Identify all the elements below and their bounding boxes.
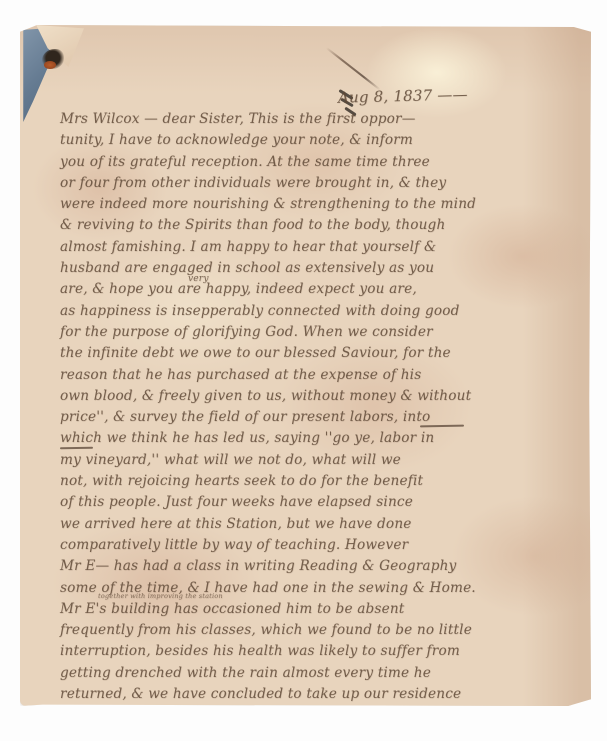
scan-background: Aug 8, 1837 —— Mrs Wilcox — dear Sister,…	[0, 0, 607, 741]
letter-line: frequently from his classes, which we fo…	[60, 620, 588, 641]
letter-line: Mr E's building has occasioned him to be…	[60, 599, 588, 620]
letter-line: own blood, & freely given to us, without…	[60, 386, 588, 407]
letter-line: of this people. Just four weeks have ela…	[60, 492, 588, 513]
letter-line: were indeed more nourishing & strengthen…	[60, 194, 588, 215]
letter-line: returned, & we have concluded to take up…	[60, 684, 588, 705]
crease-mark	[326, 47, 381, 90]
letter-line: & reviving to the Spirits than food to t…	[60, 215, 588, 236]
letter-line: almost famishing. I am happy to hear tha…	[60, 237, 588, 258]
interline-insertion-very: very	[188, 274, 209, 284]
letter-line: or four from other individuals were brou…	[60, 173, 588, 194]
letter-body: Mrs Wilcox — dear Sister, This is the fi…	[60, 109, 588, 705]
letter-line: Mrs Wilcox — dear Sister, This is the fi…	[60, 109, 588, 130]
letter-line: interruption, besides his health was lik…	[60, 641, 588, 662]
letter-line: Mr E— has had a class in writing Reading…	[60, 556, 588, 577]
letter-line: for the purpose of glorifying God. When …	[60, 322, 588, 343]
letter-line: are, & hope you are happy, indeed expect…	[60, 279, 588, 300]
letter-line: husband are engaged in school as extensi…	[60, 258, 588, 279]
letter-line: not, with rejoicing hearts seek to do fo…	[60, 471, 588, 492]
letter-line: which we think he has led us, saying ''g…	[60, 428, 588, 449]
date-line: Aug 8, 1837 ——	[338, 85, 468, 106]
letter-line: the infinite debt we owe to our blessed …	[60, 343, 588, 364]
letter-line: my vineyard,'' what will we not do, what…	[60, 450, 588, 471]
letter-line: you of its grateful reception. At the sa…	[60, 152, 588, 173]
letter-line: as happiness is insepperably connected w…	[60, 301, 588, 322]
letter-line: price'', & survey the field of our prese…	[60, 407, 588, 428]
letter-line: we arrived here at this Station, but we …	[60, 514, 588, 535]
wax-spot	[44, 61, 56, 69]
letter-line: getting drenched with the rain almost ev…	[60, 663, 588, 684]
letter-line: tunity, I have to acknowledge your note,…	[60, 130, 588, 151]
letter-line: comparatively little by way of teaching.…	[60, 535, 588, 556]
interline-insertion-station: together with improving the station	[98, 592, 223, 600]
letter-line: reason that he has purchased at the expe…	[60, 365, 588, 386]
letter-page: Aug 8, 1837 —— Mrs Wilcox — dear Sister,…	[20, 25, 591, 706]
